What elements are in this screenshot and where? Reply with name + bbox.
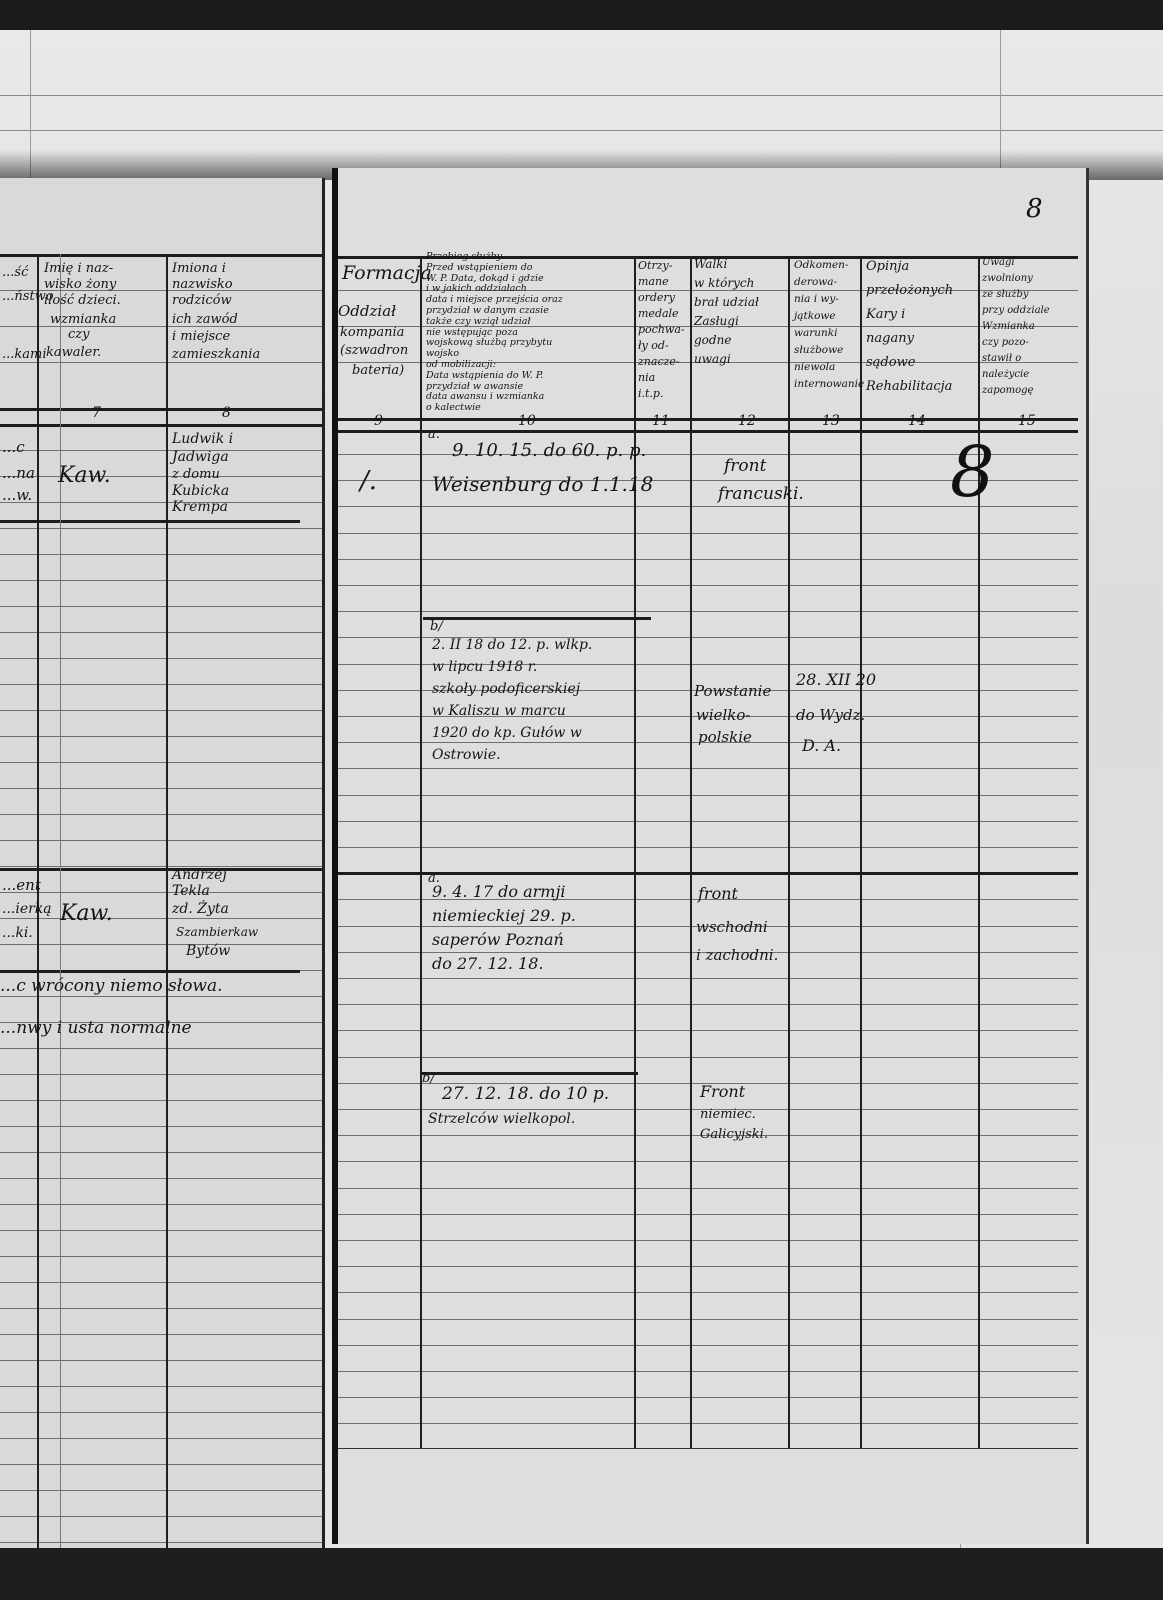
- column-divider: [690, 256, 692, 1448]
- entry4-service-line2: Strzelców wielkopol.: [428, 1112, 575, 1127]
- ruled-line: [338, 1397, 1078, 1398]
- rule: [0, 362, 322, 363]
- ruled-line: [0, 892, 322, 893]
- rule: [0, 970, 300, 973]
- ruled-line: [0, 762, 322, 763]
- column-divider: [634, 256, 636, 1448]
- entry1-formacja-mark: /.: [360, 468, 377, 495]
- ruled-line: [0, 1178, 322, 1179]
- entry3-battles-line3: i zachodni.: [696, 948, 778, 964]
- column-number-9: 9: [374, 414, 383, 429]
- rule: [0, 254, 322, 257]
- header-col12-line: w których: [694, 277, 754, 290]
- entry2-parents-line4: Szambierkaw: [176, 926, 258, 939]
- header-col10-line: od mobilizacji:: [426, 360, 496, 370]
- ruled-line: [338, 1371, 1078, 1372]
- ruled-line: [0, 1100, 322, 1101]
- header-col15-line: ze służby: [982, 290, 1029, 301]
- header-col15-line: stawił o: [982, 354, 1021, 365]
- header-col11-line: znacze-: [638, 356, 680, 368]
- ruled-line: [338, 1292, 1078, 1293]
- entry3-service-line: do 27. 12. 18.: [432, 956, 543, 973]
- header-col10-line: data i miejsce przejścia oraz: [426, 295, 563, 305]
- entry1-parents-line2: Jadwiga: [172, 450, 229, 465]
- header-col11-line: pochwa-: [638, 324, 685, 336]
- ruled-line: [0, 1230, 322, 1231]
- ruled-line: [338, 559, 1078, 560]
- large-annotation-8: 8: [950, 436, 995, 510]
- ruled-line: [338, 1345, 1078, 1346]
- header-col13-line: internowanie: [794, 379, 864, 390]
- header-col11-line: nia: [638, 372, 655, 384]
- header-col11-line: Otrzy-: [638, 260, 672, 272]
- entry1-parents-line4: Kubicka: [172, 484, 229, 499]
- rule: [0, 520, 300, 523]
- entry1-parents-line1: Ludwik i: [172, 432, 233, 447]
- entry1-parents-line5: Krempa: [172, 500, 228, 515]
- entry2-service-line: w Kaliszu w marcu: [432, 704, 566, 719]
- entry4-battles-line1: Front: [700, 1084, 745, 1101]
- ruled-line: [338, 1214, 1078, 1215]
- entry4-marker: b/: [422, 1072, 435, 1086]
- header-col14-line: przełożonych: [866, 284, 953, 298]
- entry2-detachment-line1: 28. XII 20: [796, 672, 876, 689]
- rule: [0, 326, 322, 327]
- ruled-line: [0, 1256, 322, 1257]
- entry4-battles-line2: niemiec.: [700, 1108, 756, 1122]
- ruled-line: [338, 1319, 1078, 1320]
- column-number-15: 15: [1018, 414, 1036, 429]
- header-col12-line: Walki: [694, 258, 727, 271]
- ruled-line: [0, 1126, 322, 1127]
- ruled-line: [0, 1360, 322, 1361]
- entry1-parents-line3: z domu: [172, 468, 220, 482]
- entry2-col6-partial-2: ...ierką: [2, 902, 52, 917]
- header-col15-line: zwolniony: [982, 274, 1033, 285]
- column-number-14: 14: [908, 414, 926, 429]
- entry4-battles-line3: Galicyjski.: [700, 1128, 768, 1142]
- ruled-line: [0, 1386, 322, 1387]
- header-col10-line: nie wstępując poza: [426, 328, 518, 338]
- entry2-service-line: 1920 do kp. Gułów w: [432, 726, 582, 741]
- ruled-line: [338, 1057, 1078, 1058]
- entry2-battles-line2: wielko-: [696, 708, 751, 724]
- ruled-line: [338, 585, 1078, 586]
- entry1-col6-partial-1: ...c: [2, 440, 25, 456]
- header-col15-line: czy pozo-: [982, 338, 1029, 349]
- header-col10-line: przydział w danym czasie: [426, 306, 549, 316]
- header-col13-line: derowa-: [794, 277, 837, 288]
- ruled-line: [338, 821, 1078, 822]
- header-col10-line: także czy wziął udział: [426, 317, 531, 327]
- header-col15-line: Wzmianka: [982, 322, 1035, 333]
- ruled-line: [0, 866, 322, 867]
- ruled-line: [0, 1516, 322, 1517]
- header-col11-line: mane: [638, 276, 669, 288]
- ruled-line: [0, 1490, 322, 1491]
- header-col12-line: brał udział: [694, 296, 759, 309]
- entry1-col6-partial-2: ...na: [2, 466, 35, 482]
- header-col13-line: nia i wy-: [794, 294, 839, 305]
- entry1-service-line1: 9. 10. 15. do 60. p. p.: [452, 442, 646, 461]
- entry3-service-line: 9. 4. 17 do armji: [432, 884, 566, 901]
- left-page: ...ść ...ństwo ...kami Imię i naz- wisko…: [0, 178, 325, 1550]
- bottom-dark-border: [0, 1548, 1163, 1600]
- header-col7-line1: Imię i naz-: [44, 262, 113, 276]
- top-dark-border: [0, 0, 1163, 30]
- header-col10-line: i w jakich oddziałach: [426, 284, 527, 294]
- ruled-line: [0, 918, 322, 919]
- header-col6-partial-3: ...kami: [2, 348, 47, 362]
- header-col6-partial-1: ...ść: [2, 266, 28, 280]
- entry2-detachment-line2: do Wydz.: [796, 708, 865, 724]
- ruled-line: [338, 978, 1078, 979]
- column-number-10: 10: [518, 414, 536, 429]
- ruled-line: [0, 554, 322, 555]
- ruled-line: [338, 847, 1078, 848]
- entry2-battles-line1: Powstanie: [694, 684, 771, 700]
- ruled-line: [0, 450, 322, 451]
- entry2-col7-value: Kaw.: [60, 902, 113, 925]
- ruled-line: [0, 1438, 322, 1439]
- header-col7-line2: wisko żony: [44, 278, 116, 292]
- column-number-12: 12: [738, 414, 756, 429]
- entry1-col7-value: Kaw.: [58, 464, 111, 487]
- header-col13-line: służbowe: [794, 345, 843, 356]
- header-col14-line: sądowe: [866, 356, 915, 370]
- header-col14-line: Opinja: [866, 260, 909, 274]
- entry2-service-line: Ostrowie.: [432, 748, 501, 763]
- header-col10-line: wojsko: [426, 349, 459, 359]
- header-col8-line1: Imiona i: [172, 262, 226, 276]
- header-col15-line: zapomogę: [982, 386, 1033, 397]
- ruled-line: [0, 996, 322, 997]
- header-col7-line4: wzmianka: [50, 313, 116, 327]
- ruled-line: [0, 684, 322, 685]
- header-col8-line6: zamieszkania: [172, 348, 260, 362]
- rule: [0, 868, 322, 871]
- left-note-line2: ...nwy i usta normalne: [0, 1020, 192, 1038]
- entry3-service-line: saperów Poznań: [432, 932, 564, 949]
- header-col13-line: niewola: [794, 362, 835, 373]
- header-col14-line: nagany: [866, 332, 914, 346]
- entry2-service-line: w lipcu 1918 r.: [432, 660, 537, 675]
- header-col10-line: Przebieg służby: [426, 252, 502, 262]
- entry3-battles-line1: front: [698, 886, 738, 903]
- header-col10-line: W. P. Data, dokąd i gdzie: [426, 274, 544, 284]
- entry1-service-line2: Weisenburg do 1.1.18: [432, 474, 653, 495]
- header-col12-line: uwagi: [694, 353, 731, 366]
- ruled-line: [0, 1308, 322, 1309]
- header-col13-line: jątkowe: [794, 311, 836, 322]
- header-formacja: Formacja: [342, 264, 432, 284]
- ruled-line: [0, 710, 322, 711]
- entry1-col6-partial-3: ...w.: [2, 488, 32, 504]
- entry2-parents-line2: Tekla: [172, 884, 210, 899]
- rule: [0, 408, 322, 411]
- ruled-line: [338, 1188, 1078, 1189]
- ruled-line: [0, 736, 322, 737]
- rule: [0, 424, 322, 427]
- header-col7-line6: kawaler.: [46, 346, 101, 360]
- header-col15-line: Uwagi: [982, 258, 1015, 269]
- entry2-col6-partial-1: ...ent: [2, 878, 41, 894]
- entry2-detachment-line3: D. A.: [802, 738, 841, 755]
- header-col15-line: należycie: [982, 370, 1029, 381]
- ruled-line: [0, 658, 322, 659]
- background-rule: [0, 95, 1163, 96]
- header-col8-line4: ich zawód: [172, 313, 238, 327]
- header-col11-line: i.t.p.: [638, 388, 663, 400]
- rule: [423, 617, 651, 620]
- ruled-line: [0, 814, 322, 815]
- header-oddzial: Oddział: [338, 304, 396, 320]
- ruled-line: [0, 1152, 322, 1153]
- page-number: 8: [1026, 196, 1043, 223]
- ruled-line: [338, 768, 1078, 769]
- entry1-battles-line2: francuski.: [718, 486, 804, 504]
- header-col8-line3: rodziców: [172, 294, 232, 308]
- header-col13-line: warunki: [794, 328, 838, 339]
- entry2-marker: b/: [430, 620, 443, 634]
- column-divider: [860, 256, 862, 1448]
- ruled-line: [0, 788, 322, 789]
- entry3-battles-line2: wschodni: [696, 920, 768, 936]
- entry3-service-line: niemieckiej 29. p.: [432, 908, 576, 925]
- left-note-line1: ...c wrócony niemo słowa.: [0, 978, 223, 996]
- header-col11-line: medale: [638, 308, 679, 320]
- header-col10-line: Data wstąpienia do W. P.: [426, 371, 543, 381]
- entry2-parents-line5: Bytów: [186, 944, 230, 959]
- ruled-line: [0, 502, 322, 503]
- ruled-line: [0, 632, 322, 633]
- ruled-line: [338, 795, 1078, 796]
- ruled-line: [0, 1542, 322, 1543]
- ruled-line: [0, 1204, 322, 1205]
- column-number-13: 13: [822, 414, 840, 429]
- ruled-line: [0, 606, 322, 607]
- header-col8-line5: i miejsce: [172, 330, 230, 344]
- header-col12-line: Zasługi: [694, 315, 739, 328]
- header-szwadron: (szwadron: [340, 344, 408, 358]
- rule: [338, 1448, 1078, 1449]
- entry2-service-line: szkoły podoficerskiej: [432, 682, 580, 697]
- header-col14-line: Kary i: [866, 308, 905, 322]
- ruled-line: [338, 1423, 1078, 1424]
- ruled-line: [338, 1266, 1078, 1267]
- header-col8-line2: nazwisko: [172, 278, 233, 292]
- column-divider: [420, 256, 422, 1448]
- header-col7-line3: ilość dzieci.: [44, 294, 121, 308]
- entry4-service-line1: 27. 12. 18. do 10 p.: [442, 1086, 609, 1104]
- column-number-8: 8: [222, 406, 231, 421]
- ruled-line: [338, 533, 1078, 534]
- entry2-service-line: 2. II 18 do 12. p. wlkp.: [432, 638, 592, 653]
- ruled-line: [0, 1074, 322, 1075]
- column-number-11: 11: [652, 414, 670, 429]
- entry2-battles-line3: polskie: [698, 730, 752, 746]
- ruled-line: [0, 476, 322, 477]
- entry1-battles-line1: front: [724, 458, 766, 476]
- rule: [338, 872, 1078, 875]
- header-bateria: bateria): [352, 364, 404, 378]
- right-page: 8 Formacja Oddział kompania (szwadron ba…: [332, 168, 1089, 1544]
- header-col10-line: data awansu i wzmianka: [426, 392, 544, 402]
- rule: [420, 1072, 638, 1075]
- entry2-parents-line1: Andrzej: [172, 868, 227, 883]
- entry2-parents-line3: zd. Żyta: [172, 902, 229, 917]
- header-col10-line: o kalectwie: [426, 403, 481, 413]
- ruled-line: [0, 528, 322, 529]
- ruled-line: [338, 1004, 1078, 1005]
- header-col13-line: Odkomen-: [794, 260, 849, 271]
- header-col11-line: ły od-: [638, 340, 669, 352]
- header-col10-line: przydział w awansie: [426, 382, 523, 392]
- background-rule: [0, 130, 1163, 131]
- ruled-line: [338, 1240, 1078, 1241]
- entry1-marker: a.: [428, 428, 440, 442]
- column-number-7: 7: [92, 406, 101, 421]
- ruled-line: [338, 611, 1078, 612]
- entry2-col6-partial-3: ...ki.: [2, 926, 33, 941]
- column-divider: [166, 254, 168, 1550]
- ruled-line: [338, 1030, 1078, 1031]
- header-col14-line: Rehabilitacja: [866, 380, 952, 394]
- column-divider: [788, 256, 790, 1448]
- header-col10-line: wojskową służbą przybytu: [426, 338, 552, 348]
- header-col10-line: Przed wstąpieniem do: [426, 263, 533, 273]
- ruled-line: [0, 944, 322, 945]
- header-col15-line: przy oddziale: [982, 306, 1050, 317]
- ruled-line: [0, 1334, 322, 1335]
- ruled-line: [0, 1412, 322, 1413]
- ruled-line: [0, 580, 322, 581]
- ruled-line: [0, 1048, 322, 1049]
- header-col7-line5: czy: [68, 328, 89, 342]
- ruled-line: [338, 1161, 1078, 1162]
- header-col11-line: ordery: [638, 292, 675, 304]
- ruled-line: [0, 1464, 322, 1465]
- header-kompania: kompania: [340, 326, 404, 340]
- rule: [338, 418, 1078, 421]
- ruled-line: [0, 1282, 322, 1283]
- header-col12-line: godne: [694, 334, 731, 347]
- ruled-line: [0, 840, 322, 841]
